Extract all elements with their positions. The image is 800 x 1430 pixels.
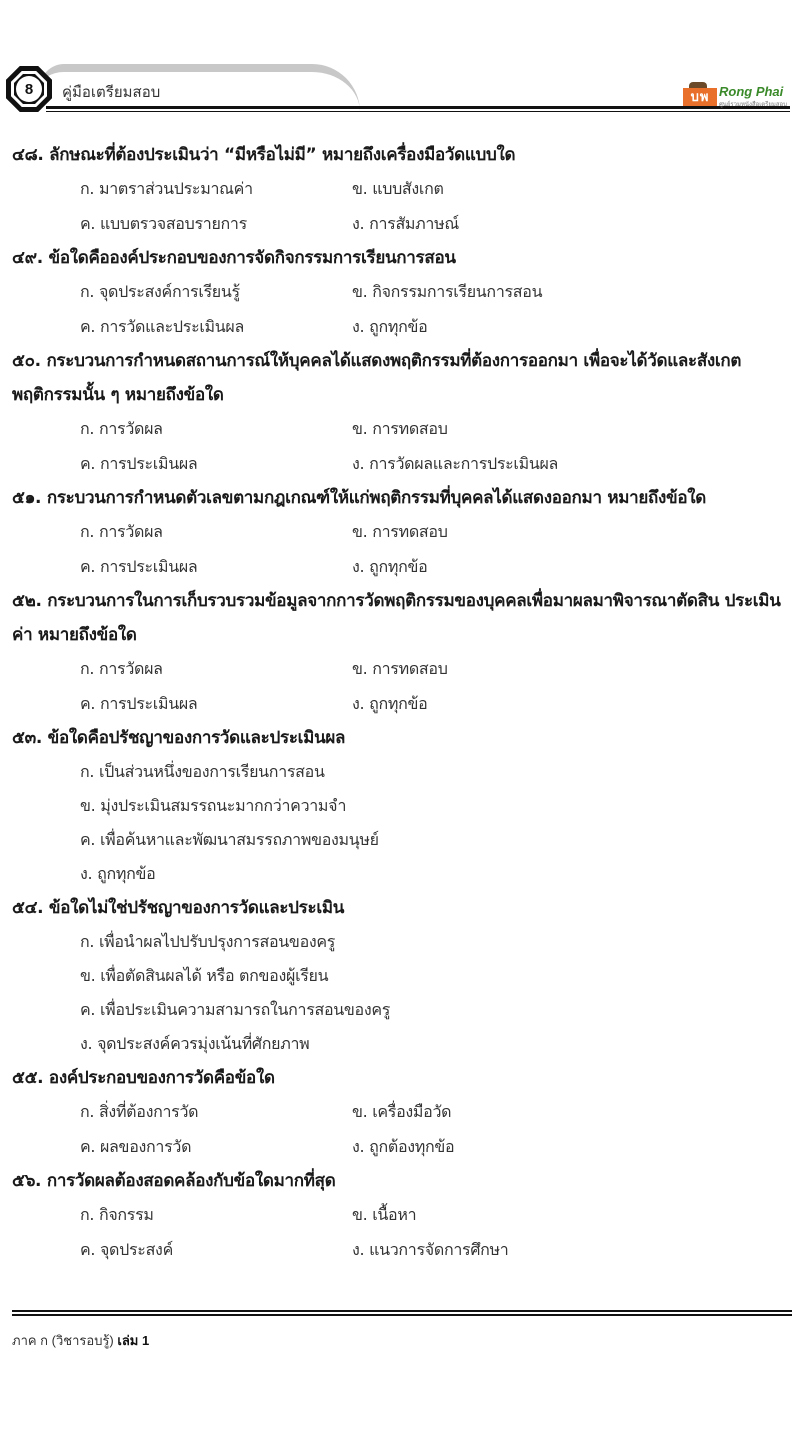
question-text: ๕๕. องค์ประกอบของการวัดคือข้อใด bbox=[0, 1061, 800, 1095]
option-a: ก. มาตราส่วนประมาณค่า bbox=[80, 172, 352, 207]
option-d: ง. การสัมภาษณ์ bbox=[352, 207, 652, 242]
option-b: ข. การทดสอบ bbox=[352, 515, 652, 550]
book-title: คู่มือเตรียมสอบ bbox=[62, 80, 160, 104]
option-c: ค. แบบตรวจสอบรายการ bbox=[80, 207, 352, 242]
question-list: ๔๘. ลักษณะที่ต้องประเมินว่า “มีหรือไม่มี… bbox=[0, 138, 800, 1267]
option-a: ก. จุดประสงค์การเรียนรู้ bbox=[80, 275, 352, 310]
question-text: ๕๐. กระบวนการกำหนดสถานการณ์ให้บุคคลได้แส… bbox=[0, 344, 800, 412]
question-text: ๔๙. ข้อใดคือองค์ประกอบของการจัดกิจกรรมกา… bbox=[0, 241, 800, 275]
option-c: ค. การประเมินผล bbox=[80, 687, 352, 722]
option-c: ค. การประเมินผล bbox=[80, 447, 352, 482]
page-number: 8 bbox=[16, 76, 42, 102]
option-a: ก. สิ่งที่ต้องการวัด bbox=[80, 1095, 352, 1130]
option-b: ข. เพื่อตัดสินผลได้ หรือ ตกของผู้เรียน bbox=[80, 959, 800, 993]
option-d: ง. ถูกทุกข้อ bbox=[80, 857, 800, 891]
logo-name: Rong Phai bbox=[719, 84, 783, 99]
question-text: ๕๔. ข้อใดไม่ใช่ปรัชญาของการวัดและประเมิน bbox=[0, 891, 800, 925]
page-header: 8 คู่มือเตรียมสอบ บพ Rong Phai ศูนย์รวมห… bbox=[0, 0, 800, 125]
option-d: ง. ถูกทุกข้อ bbox=[352, 687, 652, 722]
option-d: ง. ถูกทุกข้อ bbox=[352, 550, 652, 585]
question-text: ๕๖. การวัดผลต้องสอดคล้องกับข้อใดมากที่สุ… bbox=[0, 1164, 800, 1198]
option-d: ง. ถูกทุกข้อ bbox=[352, 310, 652, 345]
question-text: ๕๒. กระบวนการในการเก็บรวบรวมข้อมูลจากการ… bbox=[0, 584, 800, 652]
option-a: ก. กิจกรรม bbox=[80, 1198, 352, 1233]
option-b: ข. การทดสอบ bbox=[352, 652, 652, 687]
option-b: ข. มุ่งประเมินสมรรถนะมากกว่าความจำ bbox=[80, 789, 800, 823]
option-a: ก. การวัดผล bbox=[80, 412, 352, 447]
footer-section: ภาค ก (วิชารอบรู้) bbox=[12, 1333, 114, 1348]
option-c: ค. จุดประสงค์ bbox=[80, 1233, 352, 1268]
option-a: ก. การวัดผล bbox=[80, 652, 352, 687]
question-56: ๕๖. การวัดผลต้องสอดคล้องกับข้อใดมากที่สุ… bbox=[0, 1164, 800, 1267]
option-d: ง. แนวการจัดการศึกษา bbox=[352, 1233, 652, 1268]
option-b: ข. เครื่องมือวัด bbox=[352, 1095, 652, 1130]
page-footer: ภาค ก (วิชารอบรู้) เล่ม 1 bbox=[12, 1330, 149, 1351]
logo-tagline: ศูนย์รวมหนังสือเตรียมสอบ bbox=[719, 99, 787, 109]
option-c: ค. เพื่อประเมินความสามารถในการสอนของครู bbox=[80, 993, 800, 1027]
option-d: ง. การวัดผลและการประเมินผล bbox=[352, 447, 652, 482]
option-a: ก. เพื่อนำผลไปปรับปรุงการสอนของครู bbox=[80, 925, 800, 959]
option-d: ง. ถูกต้องทุกข้อ bbox=[352, 1130, 652, 1165]
question-49: ๔๙. ข้อใดคือองค์ประกอบของการจัดกิจกรรมกา… bbox=[0, 241, 800, 344]
option-c: ค. การประเมินผล bbox=[80, 550, 352, 585]
question-55: ๕๕. องค์ประกอบของการวัดคือข้อใด ก. สิ่งท… bbox=[0, 1061, 800, 1164]
footer-volume: เล่ม 1 bbox=[117, 1333, 149, 1348]
question-text: ๕๑. กระบวนการกำหนดตัวเลขตามกฎเกณฑ์ให้แก่… bbox=[0, 481, 800, 515]
option-d: ง. จุดประสงค์ควรมุ่งเน้นที่ศักยภาพ bbox=[80, 1027, 800, 1061]
header-divider bbox=[46, 106, 790, 112]
question-text: ๔๘. ลักษณะที่ต้องประเมินว่า “มีหรือไม่มี… bbox=[0, 138, 800, 172]
question-51: ๕๑. กระบวนการกำหนดตัวเลขตามกฎเกณฑ์ให้แก่… bbox=[0, 481, 800, 584]
question-50: ๕๐. กระบวนการกำหนดสถานการณ์ให้บุคคลได้แส… bbox=[0, 344, 800, 481]
option-b: ข. กิจกรรมการเรียนการสอน bbox=[352, 275, 652, 310]
option-a: ก. การวัดผล bbox=[80, 515, 352, 550]
question-text: ๕๓. ข้อใดคือปรัชญาของการวัดและประเมินผล bbox=[0, 721, 800, 755]
option-a: ก. เป็นส่วนหนึ่งของการเรียนการสอน bbox=[80, 755, 800, 789]
footer-divider bbox=[12, 1310, 792, 1316]
question-54: ๕๔. ข้อใดไม่ใช่ปรัชญาของการวัดและประเมิน… bbox=[0, 891, 800, 1061]
question-52: ๕๒. กระบวนการในการเก็บรวบรวมข้อมูลจากการ… bbox=[0, 584, 800, 721]
option-b: ข. การทดสอบ bbox=[352, 412, 652, 447]
option-c: ค. ผลของการวัด bbox=[80, 1130, 352, 1165]
option-b: ข. แบบสังเกต bbox=[352, 172, 652, 207]
option-c: ค. เพื่อค้นหาและพัฒนาสมรรถภาพของมนุษย์ bbox=[80, 823, 800, 857]
option-b: ข. เนื้อหา bbox=[352, 1198, 652, 1233]
option-c: ค. การวัดและประเมินผล bbox=[80, 310, 352, 345]
logo-mark: บพ bbox=[683, 88, 717, 106]
question-53: ๕๓. ข้อใดคือปรัชญาของการวัดและประเมินผล … bbox=[0, 721, 800, 891]
publisher-logo: บพ Rong Phai ศูนย์รวมหนังสือเตรียมสอบ bbox=[683, 82, 798, 108]
question-48: ๔๘. ลักษณะที่ต้องประเมินว่า “มีหรือไม่มี… bbox=[0, 138, 800, 241]
